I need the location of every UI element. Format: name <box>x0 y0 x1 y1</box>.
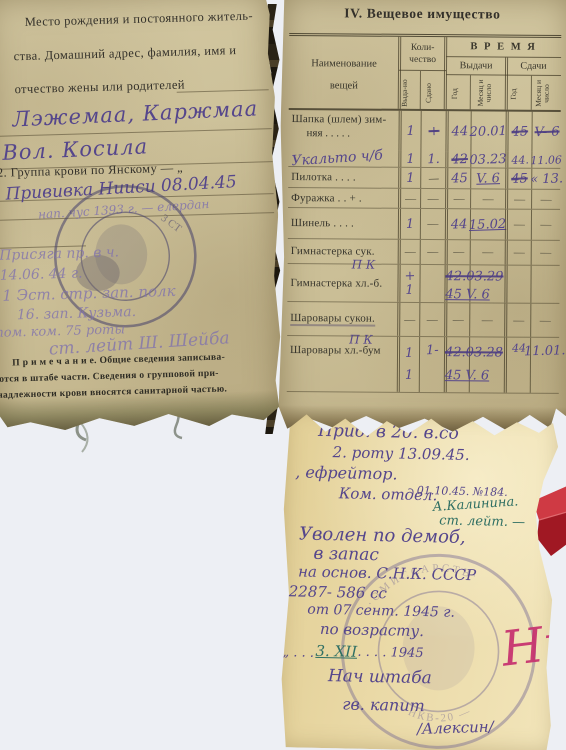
cell-issue-year: — <box>453 314 464 326</box>
item-name: Шинель . . . . <box>291 217 354 229</box>
cell-issued: — <box>405 192 416 204</box>
table-row: Пилотка . . . . 1 — 45 V. 6 45 « 13. <box>288 167 560 190</box>
ruled-line <box>177 89 269 93</box>
header-issue: Выдачи <box>446 60 506 71</box>
slip-line: гв. капит <box>342 694 425 715</box>
cell-issued-top: 1 <box>405 342 414 364</box>
cell-issued: 1 <box>405 364 414 386</box>
handwritten-name: Вол. Косила <box>2 134 149 165</box>
footnote-line: П р и м е ч а н и е. Общие сведения запи… <box>12 352 225 369</box>
cell-issued: 1 <box>406 170 415 185</box>
property-table: Наименование вещей Коли- чество В Р Е М … <box>287 33 561 394</box>
cell-handed: — <box>427 218 438 230</box>
cell-return-year: — <box>514 219 525 231</box>
header-quantity: Коли- <box>399 43 446 53</box>
header-return: Сдачи <box>506 61 561 72</box>
cell-return-date: — <box>541 193 552 205</box>
cell-return-date: — <box>540 219 551 231</box>
header-year: Год <box>451 77 467 109</box>
date-line-prefix: „ . . . <box>282 645 314 661</box>
slip-line: в запас <box>313 544 379 565</box>
demobilization-slip: ·ОМИССАРСТВ· — НКВ-20 — Приб. в 20. в.сб… <box>277 407 561 750</box>
cell-issued: 1 <box>406 283 415 297</box>
slip-line: на основ. С.Н.К. СССР <box>298 562 476 584</box>
cell-return-date: « 13. <box>530 171 563 187</box>
service-note: 14.06. 44 г. <box>0 265 83 283</box>
right-page: IV. Вещевое имущество Наименование вещей… <box>278 0 566 435</box>
column-rule <box>420 71 421 109</box>
date-line-day: 3. XII <box>315 642 357 661</box>
printed-line: отчество жены или родителей <box>14 78 185 98</box>
item-name: Пилотка . . . . <box>291 171 356 183</box>
cell-return-year: — <box>514 247 525 259</box>
table-row: Шаровары сукон. — — — — — — <box>287 302 559 338</box>
hand-note: П К <box>349 332 373 346</box>
cell-handed: — <box>427 246 438 258</box>
cell-return-year: 45 <box>512 124 529 139</box>
header-monthday: Месяц и число <box>477 77 499 109</box>
table-row: Гимнастерка сук. — — — — — — <box>288 239 560 266</box>
item-name: няя . . . . . <box>307 127 351 139</box>
slip-line: по возрасту. <box>320 620 424 640</box>
handwritten-item-name: Укальто ч/б <box>291 148 383 170</box>
cell-issue-date: — <box>483 193 494 205</box>
slip-line: 2287- 586 сс <box>289 582 388 602</box>
handwritten-name: Лэжемаа, Каржмаа <box>12 96 259 131</box>
cell-issue-year: 44 <box>450 217 467 232</box>
cell-issue-date: 45 V. 6 <box>445 368 489 383</box>
cell-return-year: — <box>514 193 525 205</box>
cell-handed: 1. <box>427 151 440 166</box>
header-rule <box>446 56 561 58</box>
cell-handed: + <box>428 123 439 138</box>
cell-issue-date: 45 V. 6 <box>445 287 489 302</box>
column-rule <box>531 76 532 110</box>
cell-issued-top: + <box>404 269 415 283</box>
header-rule <box>446 74 561 76</box>
header-time: В Р Е М Я <box>446 41 561 53</box>
cell-issue-year: 45 <box>451 171 468 186</box>
slip-line: , ефрейтор. <box>295 462 398 483</box>
cell-handed: 1- <box>425 343 438 358</box>
date-overlay: 42.03.29 45 V. 6 <box>445 267 535 304</box>
item-name: Шаровары сукон. <box>290 312 375 327</box>
red-monogram-signature: Ни <box>499 613 566 677</box>
footnote-line: ются в штабе части. Сведения о групповой… <box>0 368 219 385</box>
column-rule <box>470 75 471 109</box>
cell-return-date: V- 6 <box>534 124 559 140</box>
item-name: Гимнастерка сук. <box>291 245 375 258</box>
table-row: Гимнастерка хл.-б. П К +1 42.03.29 45 V.… <box>287 264 559 304</box>
cell-handed: — <box>428 171 439 184</box>
signature-name: /Алексин/ <box>417 718 494 738</box>
cell-issue-date: 20.01 <box>470 123 508 139</box>
cell-issue-date: 03.23 <box>470 151 508 167</box>
item-name: Гимнастерка хл.-б. <box>290 277 382 290</box>
cell-issue-year: 44 <box>451 124 468 139</box>
table-row: Шаровары хл.-бум П К 11 1- 44 11.01. 42.… <box>287 336 559 394</box>
date-line-tail: . . . . 1945 <box>357 645 423 661</box>
table-row: Фуражка . . + . — — — — — — <box>288 188 560 210</box>
cell-issued: 1 <box>407 123 416 138</box>
table-header: Наименование вещей Коли- чество В Р Е М … <box>289 36 562 112</box>
cell-issue-year: 42 <box>451 152 468 167</box>
slip-line: от 07 сент. 1945 г. <box>307 602 455 621</box>
cell-return-year: — <box>513 314 524 326</box>
printed-line: ства. Домашний адрес, фамилия, имя и <box>13 43 236 64</box>
header-handed: Сдано <box>425 75 443 111</box>
section-title: IV. Вещевое имущество <box>281 5 563 23</box>
header-monthday: Месяц и число <box>535 78 557 110</box>
cell-return-date: — <box>540 314 551 326</box>
header-quantity: чество <box>399 55 446 65</box>
cell-return-date: 11.06 <box>530 153 562 167</box>
item-name: Шапка (шлем) зим- <box>292 113 387 126</box>
left-page: Место рождения и постоянного житель- ств… <box>0 0 284 432</box>
cell-issue-date: V. 6 <box>476 171 500 187</box>
service-note: Присяга пр. в ч. <box>0 244 119 263</box>
item-name: Фуражка . . + . <box>291 192 362 204</box>
slip-line: Приб. в 20. в.сб <box>318 421 459 444</box>
cell-return-year: 44. <box>511 153 529 166</box>
header-name: вещей <box>289 80 399 92</box>
cell-handed: — <box>428 193 439 205</box>
slip-line: Нач штаба <box>328 666 432 688</box>
cell-issued: — <box>404 313 415 325</box>
cell-issued: 1 <box>406 216 415 231</box>
table-row: Укальто ч/б 1 1. 42 03.23 44. 11.06 <box>288 150 560 169</box>
cell-issue-date: — <box>482 246 493 258</box>
cell-issue-date: — <box>482 314 493 326</box>
hand-note: П К <box>352 257 376 271</box>
cell-handed: — <box>427 314 438 326</box>
service-note: 16. зап. Кузьма. <box>17 304 137 323</box>
cell-return-date: — <box>540 247 551 259</box>
cell-issue-date-struck: 42.03.29 <box>446 269 504 284</box>
header-rule <box>399 70 446 71</box>
cell-issue-date-struck: 42.03.28 <box>445 345 503 360</box>
table-row: Шапка (шлем) зим-няя . . . . . 1 + 44 20… <box>288 110 560 152</box>
header-year: Год <box>510 78 526 110</box>
cell-issued: 1 <box>407 151 416 166</box>
cell-issued: — <box>405 246 416 258</box>
cell-issue-year: — <box>454 193 465 205</box>
slip-line: 2. роту 13.09.45. <box>332 443 469 464</box>
cell-return-year: 45 <box>511 171 528 186</box>
photo-of-military-booklet: Место рождения и постоянного житель- ств… <box>0 0 566 750</box>
printed-line: Место рождения и постоянного житель- <box>25 9 254 30</box>
footnote-line: надлежности крови вносятся санитарной ча… <box>0 383 227 400</box>
table-row: Шинель . . . . 1 — 44 15.02 — — <box>288 208 560 241</box>
cell-issue-year: — <box>453 246 464 258</box>
header-issued: Выда-но <box>401 75 419 111</box>
header-name: Наименование <box>289 58 399 70</box>
cell-issue-date: 15.02 <box>469 216 507 232</box>
date-overlay: 42.03.28 45 V. 6 <box>445 341 535 388</box>
